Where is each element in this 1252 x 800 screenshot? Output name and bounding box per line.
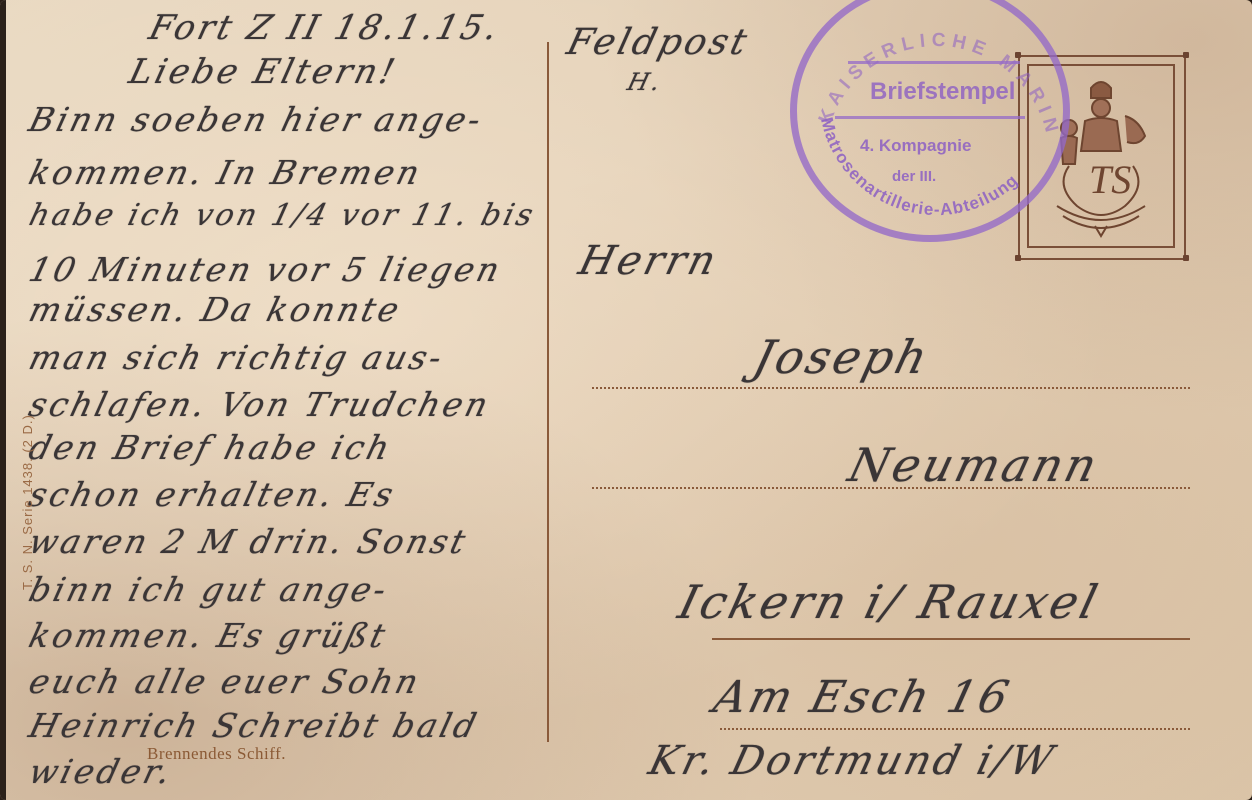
postcard: Fort Z II 18.1.15. Liebe Eltern! Binn so… xyxy=(0,0,1252,800)
address-line-1 xyxy=(592,387,1190,389)
address-salutation: Herrn xyxy=(574,238,723,284)
message-line: habe ich von 1/4 vor 11. bis xyxy=(26,198,540,233)
cancellation-title: Briefstempel xyxy=(870,78,1015,106)
address-line-2 xyxy=(592,487,1190,489)
message-line: müssen. Da konnte xyxy=(25,290,406,329)
message-line: schlafen. Von Trudchen xyxy=(25,385,495,424)
address-first-name: Joseph xyxy=(748,330,936,384)
cancellation-arc-text: KAISERLICHE MARINE Matrosenartillerie-Ab… xyxy=(797,0,1077,249)
message-line: Binn soeben hier ange- xyxy=(25,100,488,139)
address-street: Am Esch 16 xyxy=(709,672,1017,723)
svg-text:KAISERLICHE MARINE: KAISERLICHE MARINE xyxy=(797,0,1063,140)
cancellation-bar-top xyxy=(848,61,1020,64)
address-line-4 xyxy=(720,728,1190,730)
center-divider xyxy=(547,42,549,742)
message-line: man sich richtig aus- xyxy=(25,338,449,377)
cancellation-stamp: KAISERLICHE MARINE Matrosenartillerie-Ab… xyxy=(790,0,1070,242)
publisher-mark: T. S. N. Serie 1438. (2 D.) xyxy=(20,414,35,590)
message-line: kommen. Es grüßt xyxy=(25,616,392,655)
message-line: euch alle euer Sohn xyxy=(25,662,425,701)
picture-caption: Brennendes Schiff. xyxy=(147,744,286,764)
cancellation-line-1: 4. Kompagnie xyxy=(860,136,971,156)
cancellation-line-2: der III. xyxy=(892,168,936,185)
cancellation-bar-bottom xyxy=(835,116,1025,119)
message-line: kommen. In Bremen xyxy=(25,153,426,192)
message-line: binn ich gut ange- xyxy=(25,570,393,609)
message-line: 10 Minuten vor 5 liegen xyxy=(25,250,506,289)
message-line: den Brief habe ich xyxy=(25,428,396,467)
address-town: Ickern i/ Rauxel xyxy=(673,575,1105,629)
emblem-monogram: TS xyxy=(1089,156,1131,203)
feldpost-mark: H. xyxy=(625,68,667,96)
cancellation-top-arc: KAISERLICHE MARINE xyxy=(797,0,1063,140)
dateline: Fort Z II 18.1.15. xyxy=(145,8,505,48)
address-last-name: Neumann xyxy=(843,438,1105,492)
message-line: waren 2 M drin. Sonst xyxy=(25,522,472,561)
address-district: Kr. Dortmund i/W xyxy=(644,738,1060,784)
address-town-underline xyxy=(712,638,1190,640)
message-line: schon erhalten. Es xyxy=(25,475,400,514)
scan-edge xyxy=(0,0,6,800)
message-line: Heinrich Schreibt bald xyxy=(25,706,483,745)
salutation: Liebe Eltern! xyxy=(125,52,402,92)
feldpost-header: Feldpost xyxy=(563,22,754,63)
